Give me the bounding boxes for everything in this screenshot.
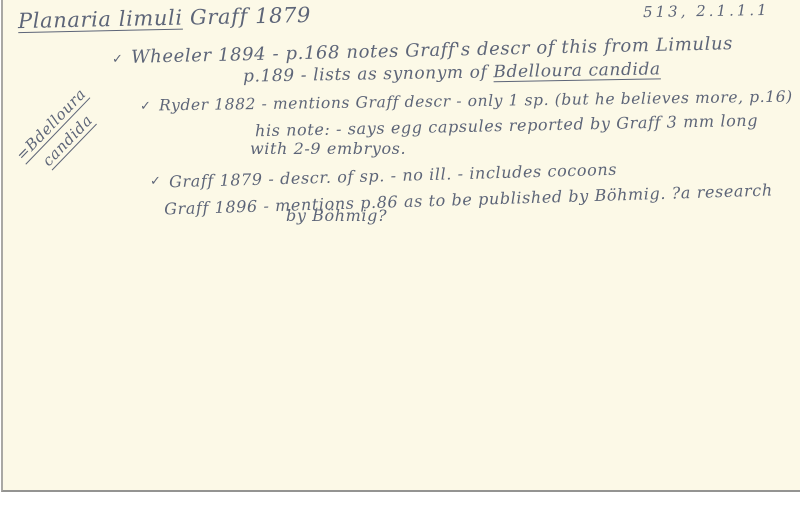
synonym-species-name: Bdelloura candida: [493, 59, 661, 82]
checkmark-ryder: ✓: [140, 99, 151, 114]
entry-ryder-note-cont: with 2-9 embryos.: [250, 139, 406, 158]
species-authority: Graff 1879: [190, 3, 311, 30]
synonym-prefix: p.189 - lists as synonym of: [243, 62, 494, 86]
entry-ryder-note: his note: - says egg capsules reported b…: [255, 111, 758, 141]
entry-graff-1896-cont: by Böhmig?: [286, 206, 387, 225]
card-title: Planaria limuli Graff 1879: [18, 3, 311, 33]
call-number: 513, 2.1.1.1: [643, 1, 770, 21]
margin-synonym-note: =Bdelloura candida: [11, 83, 108, 181]
index-card: Planaria limuli Graff 1879 513, 2.1.1.1 …: [1, 0, 800, 492]
checkmark-graff: ✓: [150, 174, 161, 189]
checkmark-wheeler: ✓: [112, 52, 123, 67]
species-name: Planaria limuli: [18, 6, 183, 33]
entry-ryder-1882: Ryder 1882 - mentions Graff descr - only…: [159, 88, 793, 115]
scanned-page-background: Planaria limuli Graff 1879 513, 2.1.1.1 …: [0, 0, 800, 516]
